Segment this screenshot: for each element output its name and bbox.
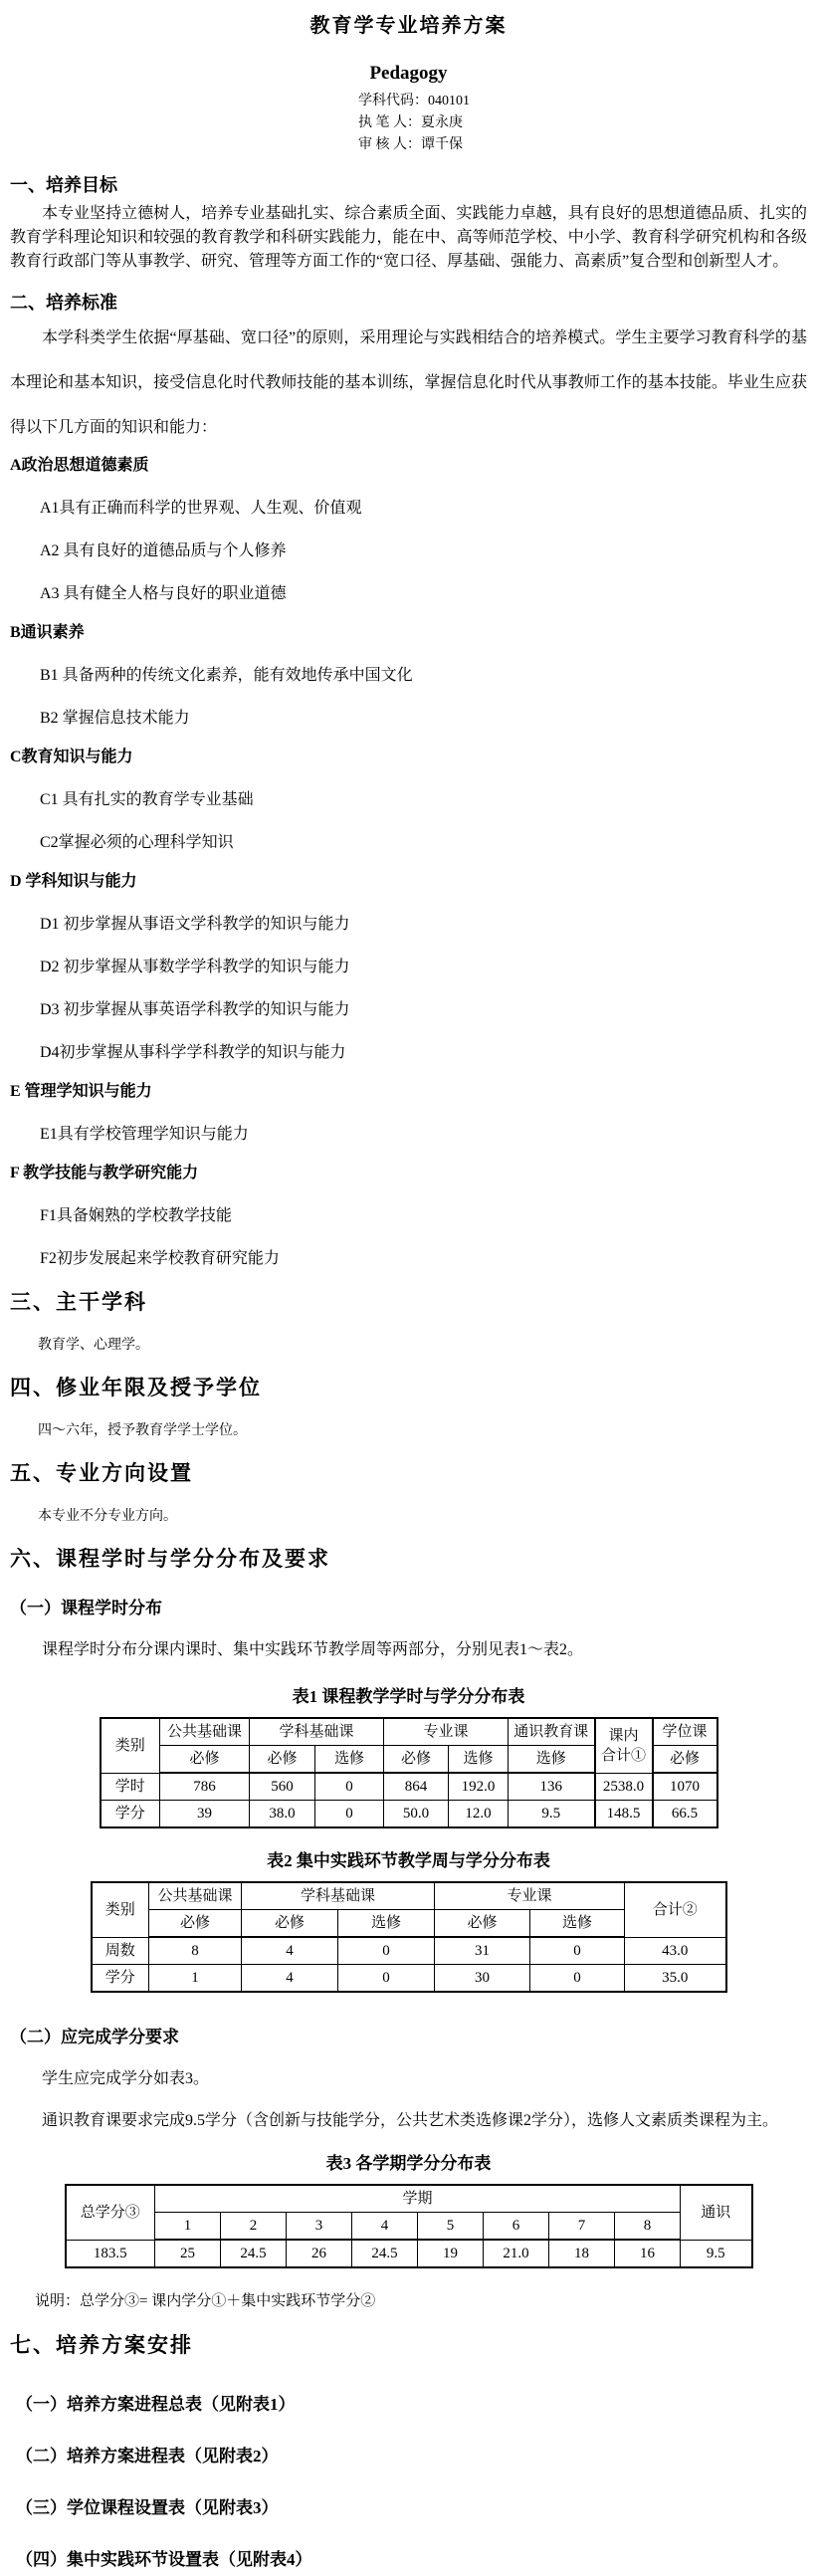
std-group-heading-b: B通识素养	[10, 623, 807, 642]
t1-subheader-cell: 选修	[449, 1746, 509, 1774]
t2-data-cell: 1	[149, 1965, 242, 1993]
t1-subheader-cell: 必修	[384, 1746, 449, 1774]
t2-data-cell: 0	[338, 1937, 435, 1965]
t2-group-cell: 学科基础课	[242, 1882, 435, 1910]
t3-data-cell: 24.5	[352, 2240, 418, 2267]
t1-group-cell: 专业课	[384, 1718, 509, 1746]
table-row: 周数 8 4 0 31 0 43.0	[92, 1937, 726, 1965]
t1-data-cell: 0	[315, 1773, 384, 1801]
section-heading-duration: 四、修业年限及授予学位	[10, 1376, 807, 1400]
t3-semester-cell: 8	[615, 2213, 681, 2241]
t3-semester-cell: 4	[352, 2213, 418, 2241]
meta-reviewer: 审 核 人：谭千保	[358, 134, 807, 156]
std-group-heading-d: D 学科知识与能力	[10, 872, 807, 891]
std-item: F2初步发展起来学校教育研究能力	[40, 1249, 807, 1268]
document-page: 教育学专业培养方案 Pedagogy 学科代码：040101 执 笔 人：夏永庚…	[0, 14, 817, 2576]
t1-data-cell: 192.0	[449, 1773, 509, 1801]
section-heading-plan: 七、培养方案安排	[10, 2333, 807, 2358]
std-item: D1 初步掌握从事语文学科教学的知识与能力	[40, 915, 807, 934]
section-heading-main-subjects: 三、主干学科	[10, 1290, 807, 1315]
doc-title-zh: 教育学专业培养方案	[10, 14, 807, 38]
t2-subheader-cell: 选修	[338, 1910, 435, 1938]
table-row: 总学分③ 学期 通识	[66, 2185, 752, 2213]
t1-corner-cell: 类别	[101, 1718, 160, 1773]
meta-subject-code: 学科代码：040101	[358, 91, 807, 112]
t3-data-cell: 183.5	[66, 2240, 155, 2267]
table-3-semester-credits: 总学分③ 学期 通识 1 2 3 4 5 6 7 8 183.5 25 24.5…	[65, 2184, 753, 2268]
std-item: D4初步掌握从事科学学科教学的知识与能力	[40, 1043, 807, 1062]
std-item: D2 初步掌握从事数学学科教学的知识与能力	[40, 958, 807, 976]
t2-corner-cell: 类别	[92, 1882, 149, 1937]
t1-data-cell: 0	[315, 1801, 384, 1828]
table-row: 类别 公共基础课 学科基础课 专业课 合计②	[92, 1882, 726, 1910]
t2-subheader-cell: 必修	[149, 1910, 242, 1938]
std-item: C1 具有扎实的教育学专业基础	[40, 790, 807, 809]
t2-data-cell: 35.0	[625, 1965, 726, 1993]
t2-rowlabel-cell: 学分	[92, 1965, 149, 1993]
t1-group-cell: 学位课	[653, 1718, 717, 1746]
t1-data-cell: 148.5	[595, 1801, 653, 1828]
t1-data-cell: 786	[160, 1773, 250, 1801]
t3-semester-cell: 1	[155, 2213, 221, 2241]
t3-semester-cell: 3	[287, 2213, 352, 2241]
t1-subheader-cell: 选修	[315, 1746, 384, 1774]
table-3-note: 说明：总学分③= 课内学分①＋集中实践环节学分②	[35, 2292, 807, 2311]
t2-subheader-cell: 选修	[530, 1910, 625, 1938]
t3-data-cell: 19	[418, 2240, 484, 2267]
section-heading-direction: 五、专业方向设置	[10, 1461, 807, 1486]
paragraph-main-subjects: 教育学、心理学。	[38, 1337, 807, 1354]
paragraph-credit-req-2: 通识教育课要求完成9.5学分（含创新与技能学分，公共艺术类选修课2学分），选修人…	[10, 2111, 807, 2131]
t1-data-cell: 2538.0	[595, 1773, 653, 1801]
table-2-title: 表2 集中实践环节教学周与学分分布表	[10, 1850, 807, 1871]
std-group-heading-a: A政治思想道德素质	[10, 456, 807, 475]
table-row: 1 2 3 4 5 6 7 8	[66, 2213, 752, 2241]
t2-group-cell: 专业课	[435, 1882, 625, 1910]
subsection-heading-credit-requirements: （二）应完成学分要求	[10, 2027, 807, 2047]
t1-data-cell: 50.0	[384, 1801, 449, 1828]
t3-group-cell-semester: 学期	[155, 2185, 681, 2213]
doc-meta-block: 学科代码：040101 执 笔 人：夏永庚 审 核 人：谭千保	[358, 91, 807, 156]
t1-group-cell: 公共基础课	[160, 1718, 250, 1746]
t1-data-cell: 560	[250, 1773, 315, 1801]
t1-group-cell: 学科基础课	[250, 1718, 384, 1746]
t2-data-cell: 0	[530, 1965, 625, 1993]
t3-semester-cell: 6	[484, 2213, 549, 2241]
t2-subheader-cell: 必修	[435, 1910, 530, 1938]
appendix-item-3: （三）学位课程设置表（见附表3）	[16, 2497, 807, 2518]
table-row: 类别 公共基础课 学科基础课 专业课 通识教育课 课内 合计① 学位课	[101, 1718, 717, 1746]
subsection-heading-hours: （一）课程学时分布	[10, 1598, 807, 1618]
table-1-course-hours-credits: 类别 公共基础课 学科基础课 专业课 通识教育课 课内 合计① 学位课 必修 必…	[100, 1717, 718, 1828]
paragraph-duration: 四～六年，授予教育学学士学位。	[38, 1422, 807, 1439]
t1-data-cell: 39	[160, 1801, 250, 1828]
t3-corner-cell: 总学分③	[66, 2185, 155, 2240]
t3-data-cell: 25	[155, 2240, 221, 2267]
t3-data-cell: 21.0	[484, 2240, 549, 2267]
t1-data-cell: 38.0	[250, 1801, 315, 1828]
t1-subheader-cell: 必修	[250, 1746, 315, 1774]
standards-list: A政治思想道德素质 A1具有正确而科学的世界观、人生观、价值观 A2 具有良好的…	[10, 456, 807, 1268]
std-item: E1具有学校管理学知识与能力	[40, 1125, 807, 1144]
paragraph-direction: 本专业不分专业方向。	[38, 1508, 807, 1525]
paragraph-credit-req-1: 学生应完成学分如表3。	[10, 2069, 807, 2089]
t2-data-cell: 4	[242, 1965, 338, 1993]
t1-data-cell: 1070	[653, 1773, 717, 1801]
t1-data-cell: 12.0	[449, 1801, 509, 1828]
std-item: A3 具有健全人格与良好的职业道德	[40, 584, 807, 603]
table-row: 183.5 25 24.5 26 24.5 19 21.0 18 16 9.5	[66, 2240, 752, 2267]
appendix-item-2: （二）培养方案进程表（见附表2）	[16, 2446, 807, 2467]
appendix-item-4: （四）集中实践环节设置表（见附表4）	[16, 2549, 807, 2570]
table-row: 学时 786 560 0 864 192.0 136 2538.0 1070	[101, 1773, 717, 1801]
section-heading-standard: 二、培养标准	[10, 292, 807, 314]
t1-rowlabel-cell: 学时	[101, 1773, 160, 1801]
t2-data-cell: 43.0	[625, 1937, 726, 1965]
t1-group-cell: 通识教育课	[509, 1718, 595, 1746]
t2-data-cell: 4	[242, 1937, 338, 1965]
t1-rowlabel-cell: 学分	[101, 1801, 160, 1828]
std-item: B2 掌握信息技术能力	[40, 709, 807, 728]
std-group-heading-e: E 管理学知识与能力	[10, 1082, 807, 1101]
std-group-heading-f: F 教学技能与教学研究能力	[10, 1164, 807, 1182]
t3-data-cell: 24.5	[221, 2240, 287, 2267]
t3-data-cell: 9.5	[681, 2240, 752, 2267]
section-heading-goal: 一、培养目标	[10, 174, 807, 196]
t2-data-cell: 0	[338, 1965, 435, 1993]
t3-data-cell: 18	[549, 2240, 615, 2267]
t1-subheader-cell: 必修	[160, 1746, 250, 1774]
t2-rowlabel-cell: 周数	[92, 1937, 149, 1965]
t3-semester-cell: 5	[418, 2213, 484, 2241]
t2-data-cell: 8	[149, 1937, 242, 1965]
table-2-practice-weeks-credits: 类别 公共基础课 学科基础课 专业课 合计② 必修 必修 选修 必修 选修 周数…	[91, 1881, 727, 1993]
t3-data-cell: 16	[615, 2240, 681, 2267]
table-row: 学分 39 38.0 0 50.0 12.0 9.5 148.5 66.5	[101, 1801, 717, 1828]
table-3-title: 表3 各学期学分分布表	[10, 2153, 807, 2174]
appendix-item-1: （一）培养方案进程总表（见附表1）	[16, 2394, 807, 2415]
std-item: A2 具有良好的道德品质与个人修养	[40, 541, 807, 560]
t2-data-cell: 0	[530, 1937, 625, 1965]
t2-subheader-cell: 必修	[242, 1910, 338, 1938]
t2-data-cell: 30	[435, 1965, 530, 1993]
t3-semester-cell: 7	[549, 2213, 615, 2241]
t3-semester-cell: 2	[221, 2213, 287, 2241]
std-item: F1具备娴熟的学校教学技能	[40, 1206, 807, 1225]
table-row: 学分 1 4 0 30 0 35.0	[92, 1965, 726, 1993]
t2-group-cell: 公共基础课	[149, 1882, 242, 1910]
std-group-heading-c: C教育知识与能力	[10, 748, 807, 766]
paragraph-standard: 本学科类学生依据“厚基础、宽口径”的原则，采用理论与实践相结合的培养模式。学生主…	[10, 316, 807, 450]
t2-data-cell: 31	[435, 1937, 530, 1965]
t1-subheader-cell: 必修	[653, 1746, 717, 1774]
t1-group-cell-inclass-total: 课内 合计①	[595, 1718, 653, 1773]
t1-data-cell: 136	[509, 1773, 595, 1801]
t1-data-cell: 66.5	[653, 1801, 717, 1828]
t2-group-cell-total: 合计②	[625, 1882, 726, 1937]
std-item: D3 初步掌握从事英语学科教学的知识与能力	[40, 1000, 807, 1019]
t1-data-cell: 864	[384, 1773, 449, 1801]
table-1-title: 表1 课程教学学时与学分分布表	[10, 1686, 807, 1707]
paragraph-hours-intro: 课程学时分布分课内课时、集中实践环节教学周等两部分，分别见表1～表2。	[10, 1640, 807, 1660]
t1-subheader-cell: 选修	[509, 1746, 595, 1774]
section-heading-credits: 六、课程学时与学分分布及要求	[10, 1547, 807, 1572]
t3-group-cell-general: 通识	[681, 2185, 752, 2240]
std-item: B1 具备两种的传统文化素养，能有效地传承中国文化	[40, 666, 807, 685]
t1-data-cell: 9.5	[509, 1801, 595, 1828]
std-item: A1具有正确而科学的世界观、人生观、价值观	[40, 499, 807, 518]
t3-data-cell: 26	[287, 2240, 352, 2267]
meta-writer: 执 笔 人：夏永庚	[358, 112, 807, 134]
std-item: C2掌握必须的心理科学知识	[40, 833, 807, 852]
doc-title-en: Pedagogy	[10, 62, 807, 85]
paragraph-goal: 本专业坚持立德树人，培养专业基础扎实、综合素质全面、实践能力卓越，具有良好的思想…	[10, 202, 807, 274]
